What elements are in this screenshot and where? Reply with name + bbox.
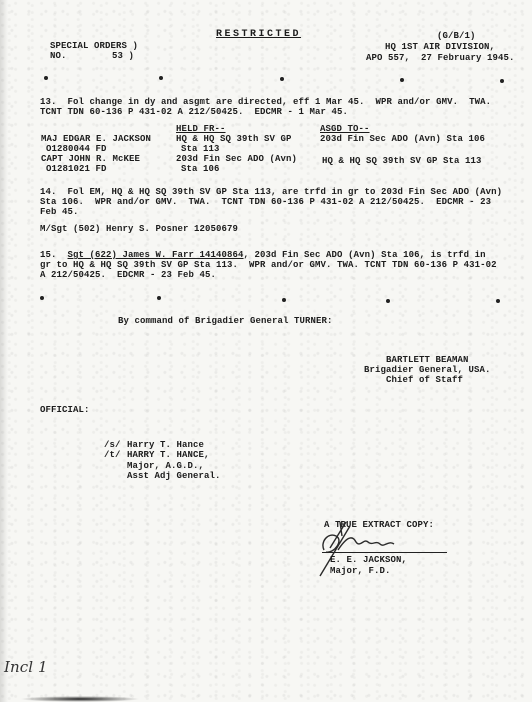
officer-name: CAPT JOHN R. McKEE xyxy=(41,154,140,164)
scan-edge-shadow xyxy=(0,0,8,702)
official-label: OFFICIAL: xyxy=(40,405,90,415)
held-from-header: HELD FR-- xyxy=(176,124,226,134)
assigned-to: 203d Fin Sec ADO (Avn) Sta 106 xyxy=(320,134,485,144)
separator-dot xyxy=(500,79,504,83)
official-rank: Major, A.G.D., xyxy=(127,461,204,471)
typed-mark: /t/ xyxy=(104,450,121,460)
separator-dot xyxy=(282,298,286,302)
signed-mark: /s/ xyxy=(104,440,121,450)
held-from-station: Sta 106 xyxy=(181,164,220,174)
held-from: HQ & HQ SQ 39th SV GP xyxy=(176,134,292,144)
scan-bottom-shadow xyxy=(20,696,140,702)
para15-line1: 15. Sgt (622) James W. Farr 14140864, 20… xyxy=(40,250,486,260)
para15-enlisted-name: Sgt (622) James W. Farr 14140864 xyxy=(68,250,244,260)
para15-line3: A 212/50425. EDCMR - 23 Feb 45. xyxy=(40,270,216,280)
classification-heading: RESTRICTED xyxy=(216,30,301,40)
separator-dot xyxy=(159,76,163,80)
separator-dot xyxy=(280,77,284,81)
special-orders-label: SPECIAL ORDERS ) xyxy=(50,41,138,51)
order-number: 53 ) xyxy=(112,51,134,61)
certifier-rank: Major, F.D. xyxy=(330,566,391,576)
para14-line3: Feb 45. xyxy=(40,207,79,217)
chief-of-staff-title: Chief of Staff xyxy=(386,375,463,385)
document-page: RESTRICTED SPECIAL ORDERS ) NO. 53 ) (G/… xyxy=(0,0,532,702)
assigned-to: HQ & HQ SQ 39th SV GP Sta 113 xyxy=(322,156,482,166)
official-signed-name: Harry T. Hance xyxy=(127,440,204,450)
official-title: Asst Adj General. xyxy=(127,471,221,481)
order-number-label: NO. xyxy=(50,51,67,61)
para14-line1: 14. Fol EM, HQ & HQ SQ 39th SV GP Sta 11… xyxy=(40,187,502,197)
separator-dot xyxy=(386,299,390,303)
officer-serial: O1280044 FD xyxy=(46,144,107,154)
official-typed-name: HARRY T. HANCE, xyxy=(127,450,210,460)
officer-serial: O1281021 FD xyxy=(46,164,107,174)
para15-number: 15. xyxy=(40,250,68,260)
separator-dot xyxy=(40,296,44,300)
apo-date: APO 557, 27 February 1945. xyxy=(366,53,515,63)
chief-of-staff-name: BARTLETT BEAMAN xyxy=(386,355,469,365)
signature-line xyxy=(322,552,447,553)
separator-dot xyxy=(44,76,48,80)
unit-name: HQ 1ST AIR DIVISION, xyxy=(385,42,495,52)
para14-enlisted: M/Sgt (502) Henry S. Posner 12050679 xyxy=(40,224,238,234)
assigned-to-header: ASGD TO-- xyxy=(320,124,370,134)
office-symbol: (G/B/1) xyxy=(437,31,476,41)
para14-line2: Sta 106. WPR and/or GMV. TWA. TCNT TDN 6… xyxy=(40,197,491,207)
officer-name: MAJ EDGAR E. JACKSON xyxy=(41,134,151,144)
certifier-name: E. E. JACKSON, xyxy=(330,555,407,565)
para13-line1: 13. Fol change in dy and asgmt are direc… xyxy=(40,97,491,107)
separator-dot xyxy=(157,296,161,300)
inclosure-annotation: Incl 1 xyxy=(4,662,48,672)
para13-line2: TCNT TDN 60-136 P 431-02 A 212/50425. ED… xyxy=(40,107,348,117)
para15-line2: gr to HQ & HQ SQ 39th SV GP Sta 113. WPR… xyxy=(40,260,497,270)
separator-dot xyxy=(400,78,404,82)
held-from: 203d Fin Sec ADO (Avn) xyxy=(176,154,297,164)
separator-dot xyxy=(496,299,500,303)
chief-of-staff-rank: Brigadier General, USA. xyxy=(364,365,491,375)
by-command-line: By command of Brigadier General TURNER: xyxy=(118,316,333,326)
held-from-station: Sta 113 xyxy=(181,144,220,154)
para15-line1-rest: , 203d Fin Sec ADO (Avn) Sta 106, is trf… xyxy=(244,250,486,260)
